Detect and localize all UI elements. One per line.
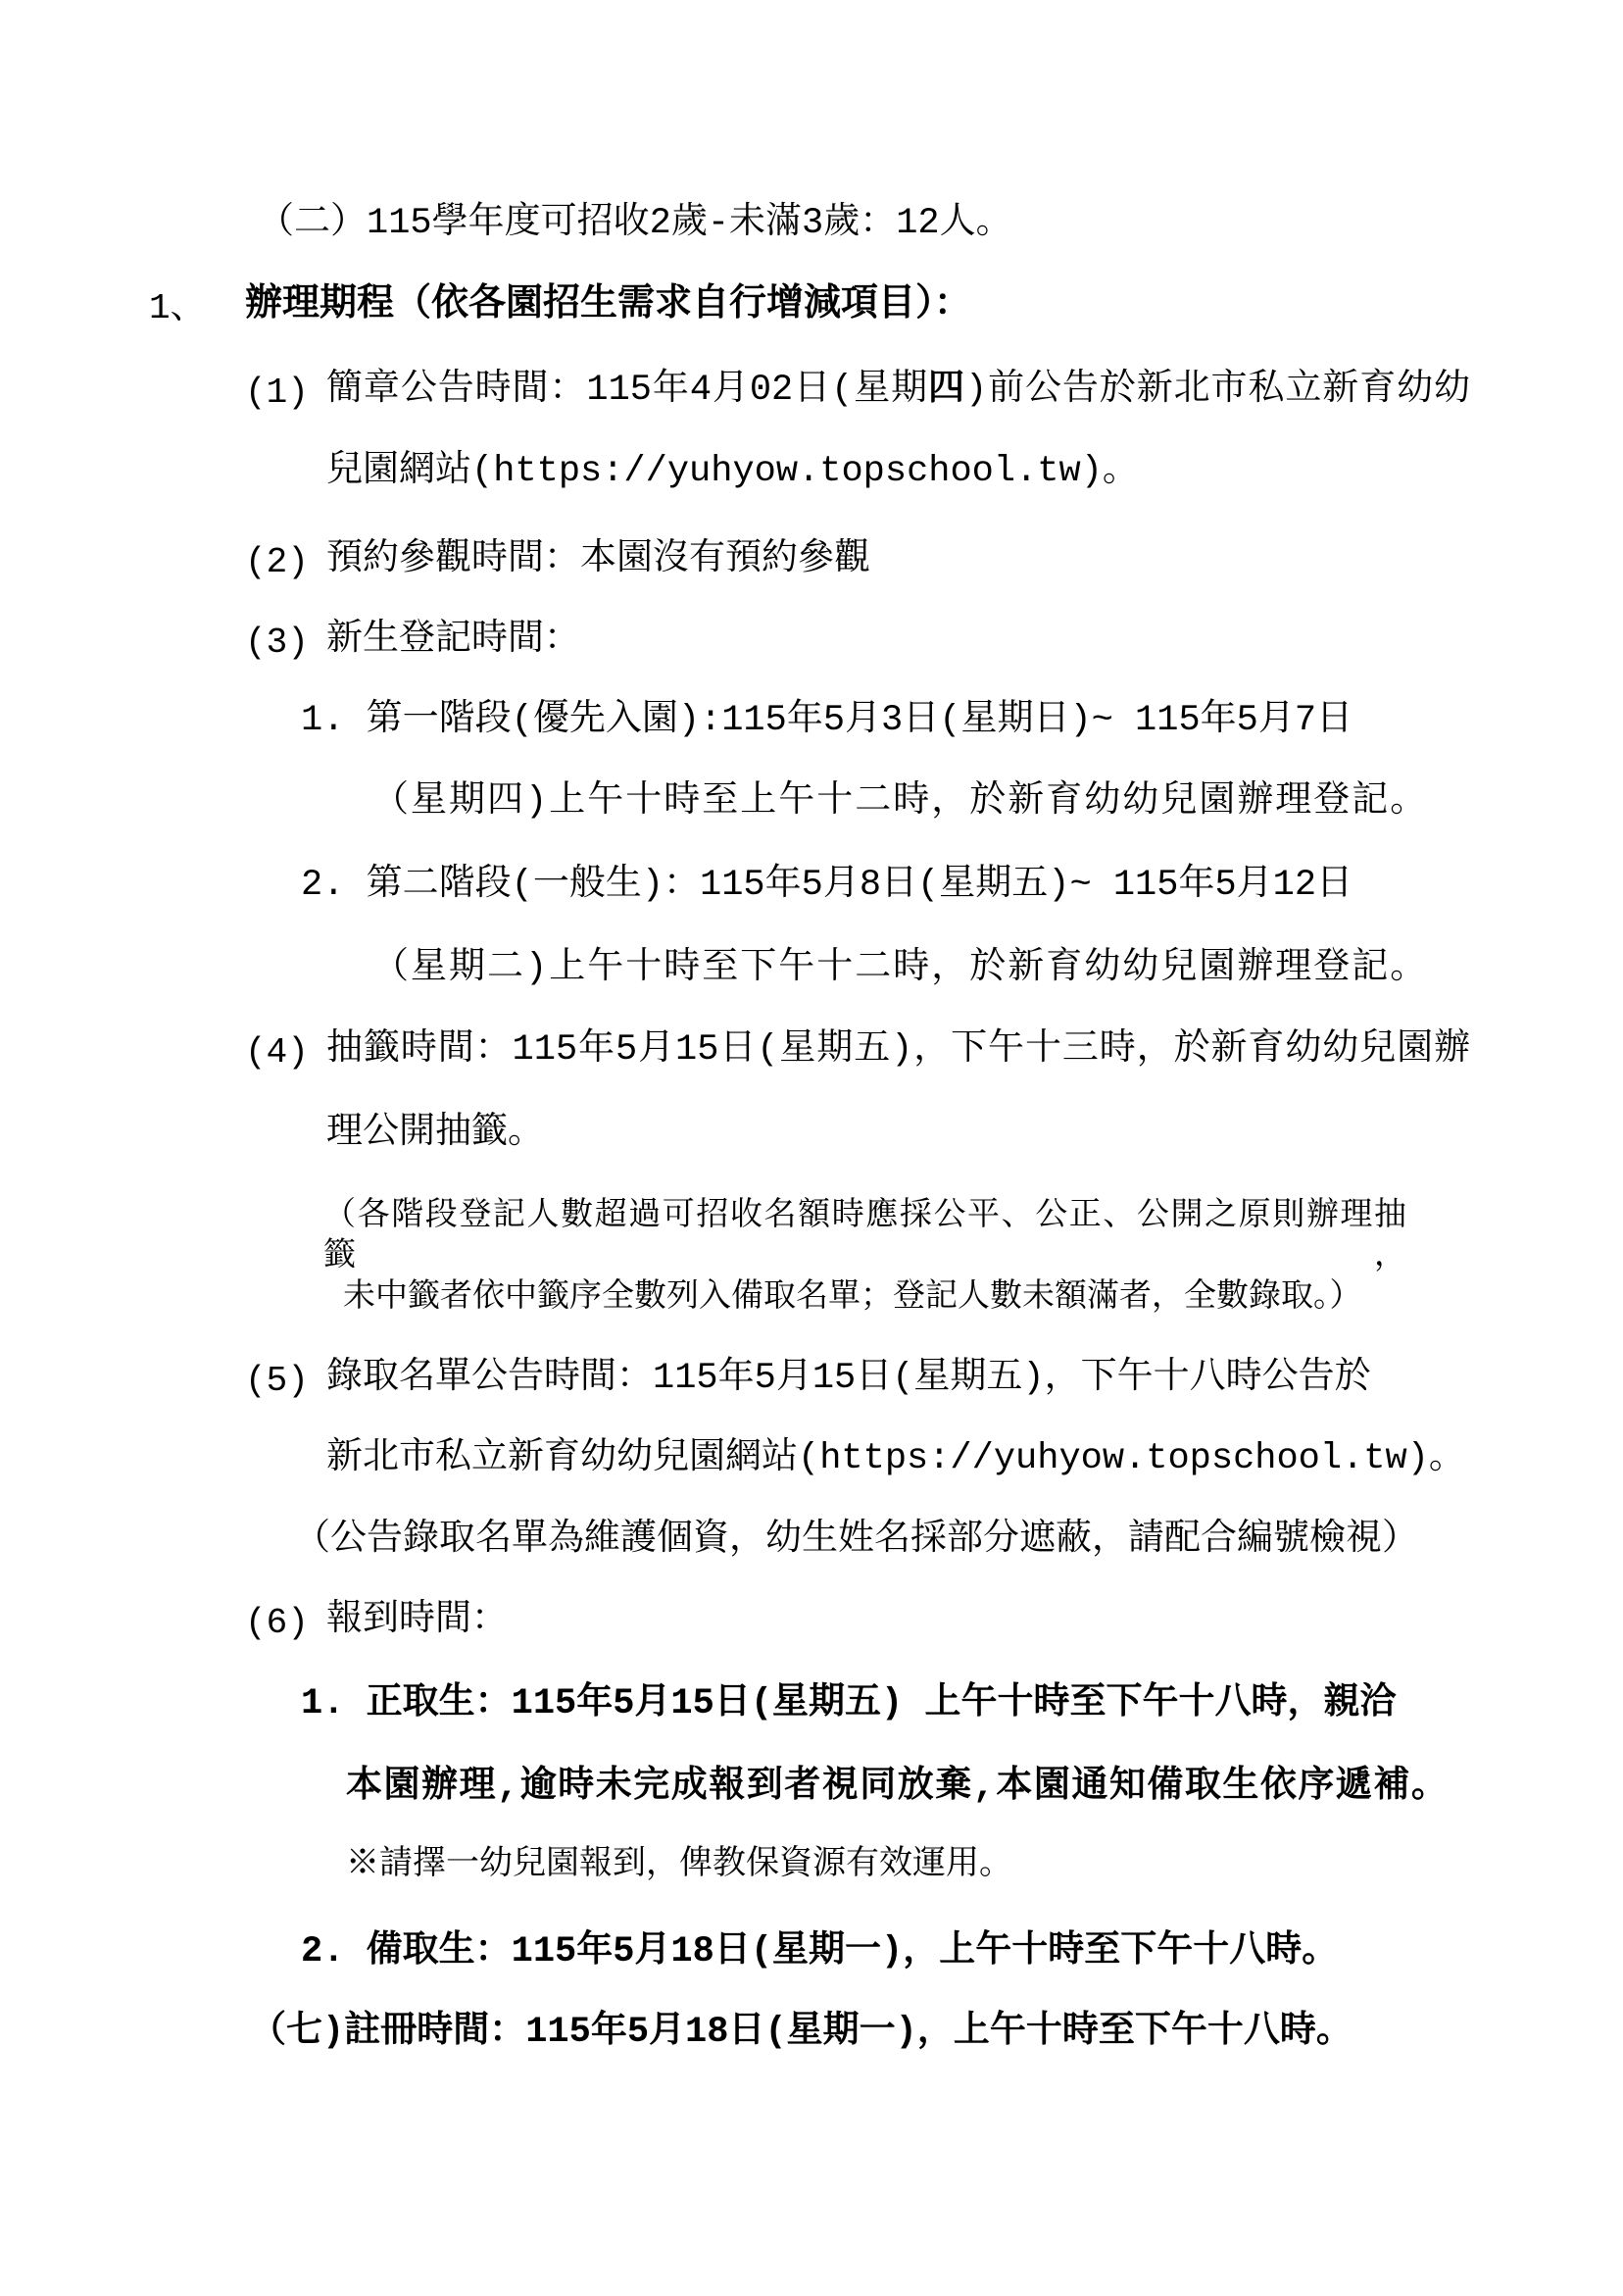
item-7-registration-line: （七)註冊時間：115年5月18日(星期一)，上午十時至下午十八時。 (250, 2010, 1352, 2055)
item-1-weekday-emphasis: 四 (928, 370, 965, 411)
item-5-note: （公告錄取名單為維護個資，幼生姓名採部分遮蔽，請配合編號檢視） (294, 1518, 1418, 1563)
item-4-note-line-1: （各階段登記人數超過可招收名額時應採公平、公正、公開之原則辦理抽籤， (323, 1196, 1406, 1277)
item-5-marker: (5) (245, 1359, 309, 1403)
item-6-marker: (6) (245, 1601, 309, 1645)
item-3-text: 新生登記時間： (326, 618, 580, 663)
item-1-continuation: 兒園網站(https://yuhyow.topschool.tw)。 (326, 449, 1139, 494)
item-1-text-post: )前公告於新北市私立新育幼幼 (965, 370, 1470, 411)
item-5-text: 錄取名單公告時間：115年5月15日(星期五)，下午十八時公告於 (326, 1356, 1371, 1401)
phase-1-line-1: 1. 第一階段(優先入園):115年5月3日(星期日)~ 115年5月7日 (301, 698, 1352, 743)
item-4-note-line-2: 未中籤者依中籤序全數列入備取名單；登記人數未額滿者，全數錄取。） (343, 1277, 1362, 1318)
document-page: （二）115學年度可招收2歲-未滿3歲：12人。 1、 辦理期程（依各園招生需求… (0, 0, 1623, 2296)
phase-2-line-2: （星期二)上午十時至下午十二時，於新育幼幼兒園辦理登記。 (372, 946, 1428, 991)
item-5-continuation: 新北市私立新育幼幼兒園網站(https://yuhyow.topschool.t… (326, 1436, 1465, 1481)
phase-1-line-2: （星期四)上午十時至上午十二時，於新育幼幼兒園辦理登記。 (372, 779, 1428, 824)
section-number: 1、 (149, 286, 206, 330)
item-1-text: 簡章公告時間：115年4月02日(星期四)前公告於新北市私立新育幼幼 (326, 368, 1470, 413)
admitted-students-note: ※請擇一幼兒園報到，俾教保資源有效運用。 (346, 1845, 1012, 1887)
item-4-text: 抽籤時間：115年5月15日(星期五)，下午十三時，於新育幼幼兒園辦 (326, 1027, 1470, 1073)
admitted-students-line-1: 1. 正取生：115年5月15日(星期五) 上午十時至下午十八時，親洽 (301, 1681, 1396, 1726)
admitted-students-line-2: 本園辦理,逾時未完成報到者視同放棄,本園通知備取生依序遞補。 (346, 1765, 1449, 1810)
phase-2-line-1: 2. 第二階段(一般生)：115年5月8日(星期五)~ 115年5月12日 (301, 863, 1352, 908)
item-3-marker: (3) (245, 621, 309, 665)
section-title: 辦理期程（依各園招生需求自行增減項目）： (245, 282, 971, 329)
item-2-text: 預約參觀時間：本園沒有預約參觀 (326, 537, 870, 582)
item-2-marker: (2) (245, 540, 309, 584)
item-1-marker: (1) (245, 371, 309, 415)
item-4-continuation: 理公開抽籤。 (326, 1111, 544, 1156)
item-4-marker: (4) (245, 1030, 309, 1074)
waitlist-students-line: 2. 備取生：115年5月18日(星期一)，上午十時至下午十八時。 (301, 1929, 1338, 1974)
item-6-text: 報到時間： (326, 1598, 508, 1643)
intro-line: （二）115學年度可招收2歲-未滿3歲：12人。 (258, 201, 1012, 246)
item-1-text-pre: 簡章公告時間：115年4月02日(星期 (326, 370, 928, 411)
